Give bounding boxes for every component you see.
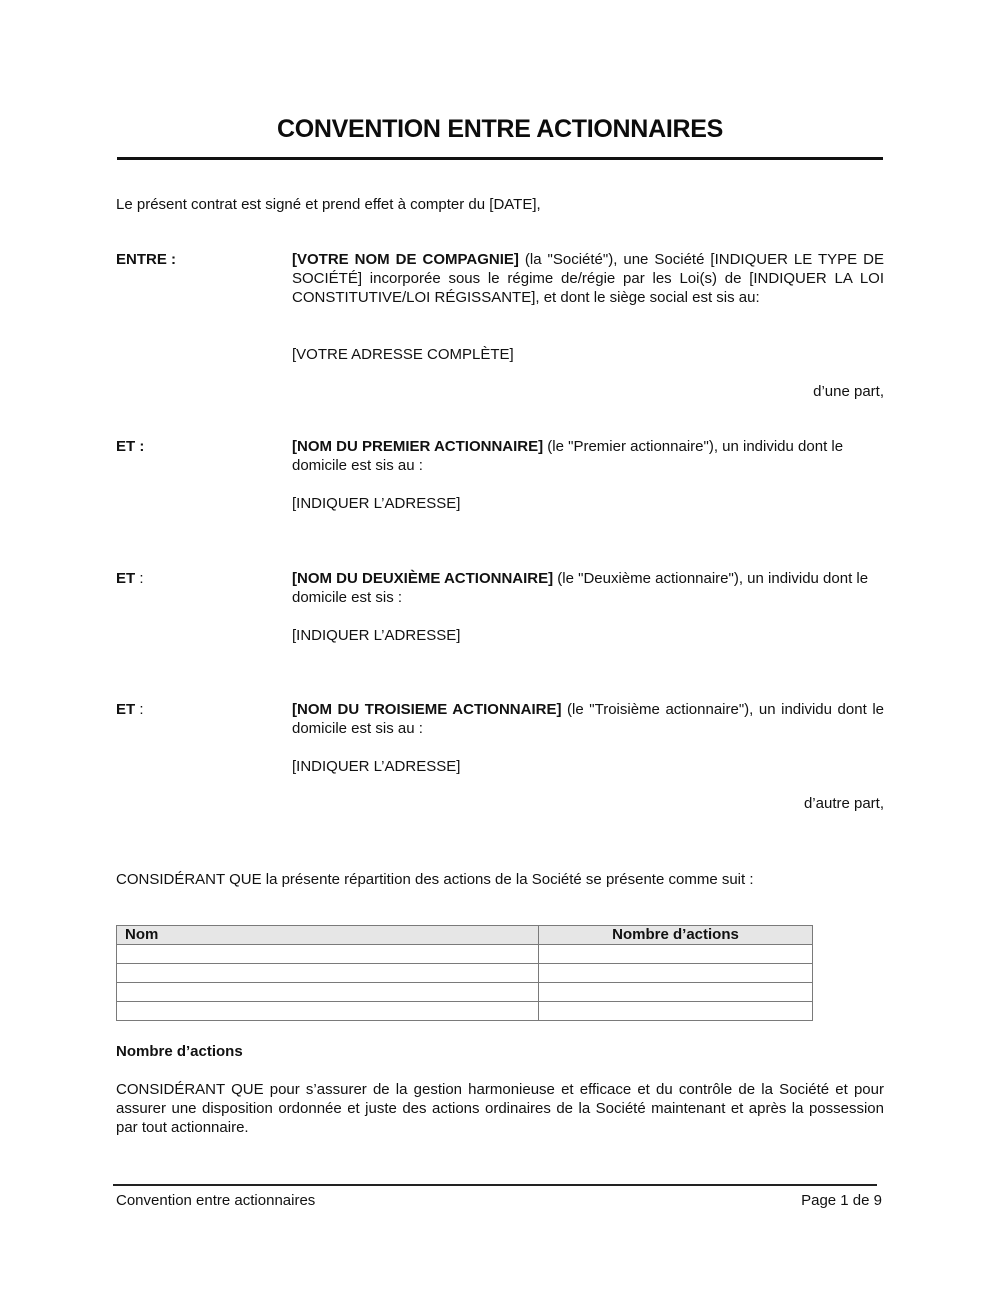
considering-management-paragraph: CONSIDÉRANT QUE pour s’assurer de la ges… <box>116 1080 884 1137</box>
party-description: [NOM DU TROISIEME ACTIONNAIRE] (le "Troi… <box>292 700 884 738</box>
considering-share-distribution: CONSIDÉRANT QUE la présente répartition … <box>116 870 754 889</box>
document-page: CONVENTION ENTRE ACTIONNAIRES Le présent… <box>0 0 1000 1290</box>
share-distribution-table: Nom Nombre d’actions <box>116 925 813 1021</box>
party-name: [NOM DU PREMIER ACTIONNAIRE] <box>292 438 543 455</box>
footer-document-name: Convention entre actionnaires <box>116 1191 315 1210</box>
closing-une-part: d’une part, <box>813 382 884 401</box>
cell-name[interactable] <box>117 945 539 964</box>
column-header-share-count: Nombre d’actions <box>539 926 813 945</box>
table-row <box>117 1002 813 1021</box>
party-address: [INDIQUER L’ADRESSE] <box>292 626 460 645</box>
closing-autre-part: d’autre part, <box>804 794 884 813</box>
party-description: [NOM DU PREMIER ACTIONNAIRE] (le "Premie… <box>292 437 884 475</box>
party-description: [VOTRE NOM DE COMPAGNIE] (la "Société"),… <box>292 250 884 307</box>
party-address: [INDIQUER L’ADRESSE] <box>292 757 460 776</box>
section-heading-share-count: Nombre d’actions <box>116 1042 243 1061</box>
party-name: [NOM DU TROISIEME ACTIONNAIRE] <box>292 701 561 718</box>
table-row <box>117 983 813 1002</box>
party-label: ET : <box>116 569 144 588</box>
cell-name[interactable] <box>117 983 539 1002</box>
table-header-row: Nom Nombre d’actions <box>117 926 813 945</box>
footer-divider <box>113 1184 877 1186</box>
party-label: ET : <box>116 700 144 719</box>
cell-share-count[interactable] <box>539 983 813 1002</box>
party-address: [VOTRE ADRESSE COMPLÈTE] <box>292 345 514 364</box>
cell-share-count[interactable] <box>539 1002 813 1021</box>
document-title: CONVENTION ENTRE ACTIONNAIRES <box>117 114 883 144</box>
cell-share-count[interactable] <box>539 945 813 964</box>
party-label: ET : <box>116 437 144 456</box>
table-row <box>117 964 813 983</box>
title-divider <box>117 157 883 160</box>
footer-page-number: Page 1 de 9 <box>801 1191 882 1210</box>
column-header-name: Nom <box>117 926 539 945</box>
party-description: [NOM DU DEUXIÈME ACTIONNAIRE] (le "Deuxi… <box>292 569 884 607</box>
party-name: [VOTRE NOM DE COMPAGNIE] <box>292 251 519 268</box>
cell-name[interactable] <box>117 964 539 983</box>
party-name: [NOM DU DEUXIÈME ACTIONNAIRE] <box>292 570 553 587</box>
intro-paragraph: Le présent contrat est signé et prend ef… <box>116 195 541 214</box>
cell-share-count[interactable] <box>539 964 813 983</box>
party-address: [INDIQUER L’ADRESSE] <box>292 494 460 513</box>
party-label: ENTRE : <box>116 250 176 269</box>
cell-name[interactable] <box>117 1002 539 1021</box>
table-row <box>117 945 813 964</box>
